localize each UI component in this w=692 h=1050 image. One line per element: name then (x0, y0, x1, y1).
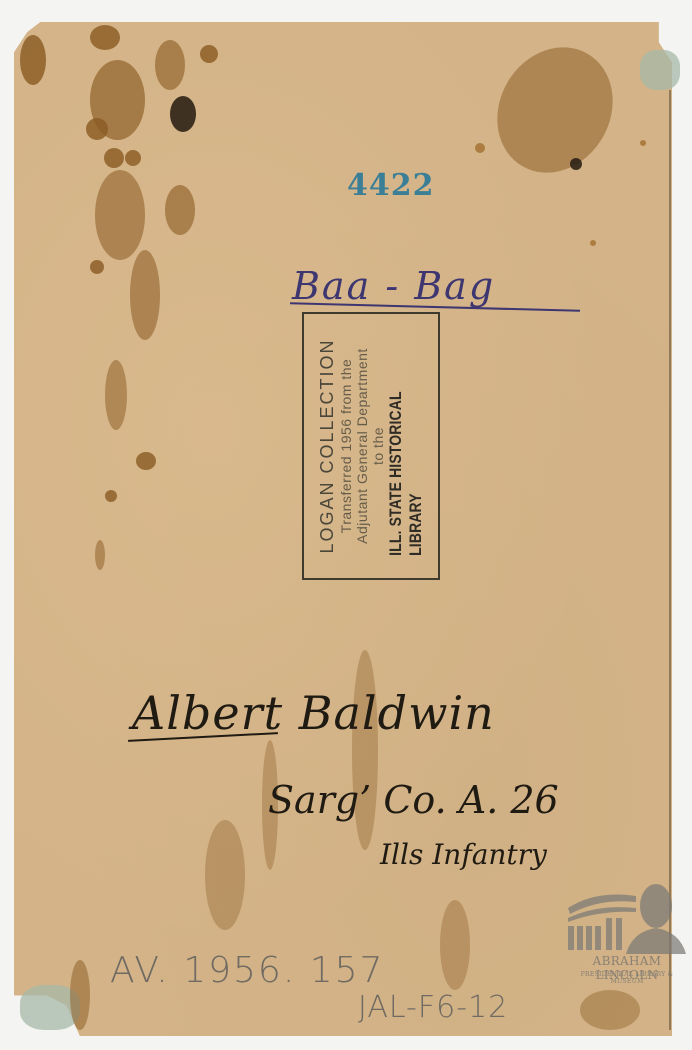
stamp-department-line: Adjutant General Department (354, 348, 370, 544)
foxing-stain (130, 250, 160, 340)
stamp-transfer-line: Transferred 1956 from the (338, 359, 354, 534)
rank-company: Sarg’ Co. A. 26 (268, 778, 559, 822)
stamp-library-name: ILL. STATE HISTORICAL LIBRARY (386, 336, 426, 556)
speckle (590, 240, 596, 246)
stamp-to-line: to the (370, 427, 386, 465)
soldier-name: Albert Baldwin (132, 686, 495, 740)
foxing-stain (200, 45, 218, 63)
stamp-collection-title: LOGAN COLLECTION (317, 338, 338, 553)
lincoln-portrait-icon (566, 876, 688, 954)
foxing-stain (95, 170, 145, 260)
handwritten-code: Baa - Bag (292, 264, 495, 308)
foxing-stain (105, 490, 117, 502)
library-watermark: ABRAHAM LINCOLN PRESIDENTIAL LIBRARY & M… (566, 876, 688, 986)
foxing-streak (580, 990, 640, 1030)
catalog-code: JAL-F6-12 (358, 990, 508, 1025)
catalog-number-stamp: 4422 (347, 168, 435, 203)
foxing-stain (90, 25, 120, 50)
foxing-stain (165, 185, 195, 235)
mold-damage-top-right (640, 50, 680, 90)
dark-stain (570, 158, 582, 170)
foxing-stain (90, 260, 104, 274)
foxing-stain (20, 35, 46, 85)
foxing-stain (155, 40, 185, 90)
foxing-streak (205, 820, 245, 930)
watermark-subtitle: PRESIDENTIAL LIBRARY & MUSEUM (566, 971, 688, 985)
accession-number: AV. 1956. 157 (110, 950, 384, 991)
foxing-stain (125, 150, 141, 166)
logan-collection-stamp: LOGAN COLLECTION Transferred 1956 from t… (302, 312, 440, 580)
foxing-stain (136, 452, 156, 470)
regiment: Ills Infantry (380, 838, 547, 871)
foxing-streak (70, 960, 90, 1030)
foxing-stain (105, 360, 127, 430)
speckle (475, 143, 485, 153)
foxing-stain (95, 540, 105, 570)
foxing-stain (104, 148, 124, 168)
dark-stain (170, 96, 196, 132)
foxing-stain (86, 118, 108, 140)
speckle (640, 140, 646, 146)
foxing-streak (440, 900, 470, 990)
